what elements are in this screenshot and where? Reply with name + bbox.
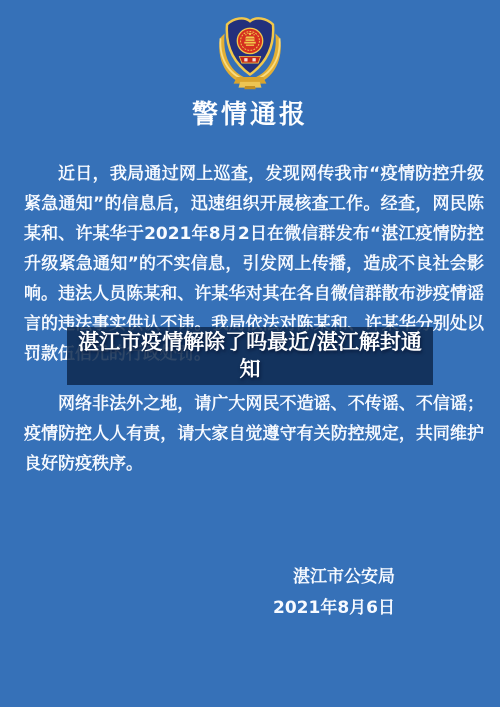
notice-body: 近日，我局通过网上巡查，发现网传我市“疫情防控升级紧急通知”的信息后，迅速组织开… <box>24 159 484 479</box>
signature-organization: 湛江市公安局 <box>273 562 395 593</box>
body-paragraph-2: 网络非法外之地，请广大网民不造谣、不传谣、不信谣；疫情防控人人有责，请大家自觉遵… <box>24 389 484 479</box>
police-notice-page: 警情通报 近日，我局通过网上巡查，发现网传我市“疫情防控升级紧急通知”的信息后，… <box>0 0 500 707</box>
watermark-overlay: 湛江市疫情解除了吗最近/湛江解封通知 <box>67 327 433 385</box>
police-badge-icon <box>209 12 291 92</box>
signature-date: 2021年8月6日 <box>273 593 395 624</box>
watermark-text: 湛江市疫情解除了吗最近/湛江解封通知 <box>72 329 428 383</box>
notice-title: 警情通报 <box>0 94 500 131</box>
signature-block: 湛江市公安局 2021年8月6日 <box>273 562 395 624</box>
